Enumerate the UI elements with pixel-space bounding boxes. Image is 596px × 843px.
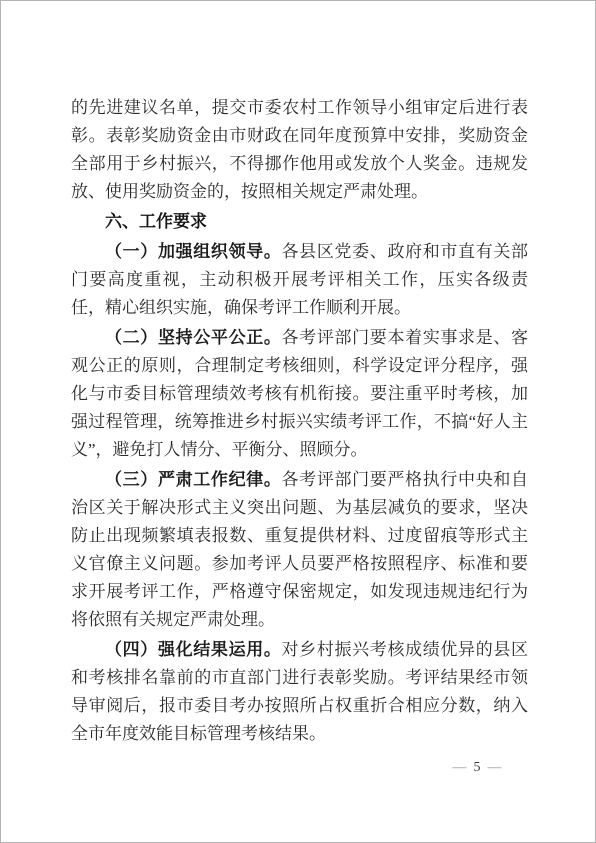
page-number-value: 5 — [474, 760, 481, 775]
page-number-dash-right: — — [488, 760, 502, 775]
paragraph-item-2: （二）坚持公平公正。各考评部门要本着实事求是、客观公正的原则，合理制定考核细则，… — [71, 324, 528, 464]
item-1-lead: （一）加强组织领导。 — [105, 242, 282, 261]
paragraph-item-4: （四）强化结果运用。对乡村振兴考核成绩优异的县区和考核排名靠前的市直部门进行表彰… — [71, 636, 528, 748]
document-page: 的先进建议名单，提交市委农村工作领导小组审定后进行表彰。表彰奖励资金由市财政在同… — [0, 0, 596, 843]
paragraph-item-1: （一）加强组织领导。各县区党委、政府和市直有关部门要高度重视，主动积极开展考评相… — [71, 238, 528, 322]
page-number: —5— — [439, 759, 515, 777]
item-2-lead: （二）坚持公平公正。 — [105, 328, 282, 347]
item-3-text: 各考评部门要严格执行中央和自治区关于解决形式主义突出问题、为基层减负的要求，坚决… — [71, 470, 528, 629]
section-heading: 六、工作要求 — [71, 208, 528, 236]
paragraph-continuation: 的先进建议名单，提交市委农村工作领导小组审定后进行表彰。表彰奖励资金由市财政在同… — [71, 94, 528, 206]
paragraph-item-3: （三）严肃工作纪律。各考评部门要严格执行中央和自治区关于解决形式主义突出问题、为… — [71, 466, 528, 634]
item-3-lead: （三）严肃工作纪律。 — [105, 470, 282, 489]
item-4-lead: （四）强化结果运用。 — [105, 640, 282, 659]
page-number-dash-left: — — [453, 760, 467, 775]
document-body: 的先进建议名单，提交市委农村工作领导小组审定后进行表彰。表彰奖励资金由市财政在同… — [71, 94, 528, 750]
item-2-text: 各考评部门要本着实事求是、客观公正的原则，合理制定考核细则，科学设定评分程序，强… — [71, 328, 528, 459]
